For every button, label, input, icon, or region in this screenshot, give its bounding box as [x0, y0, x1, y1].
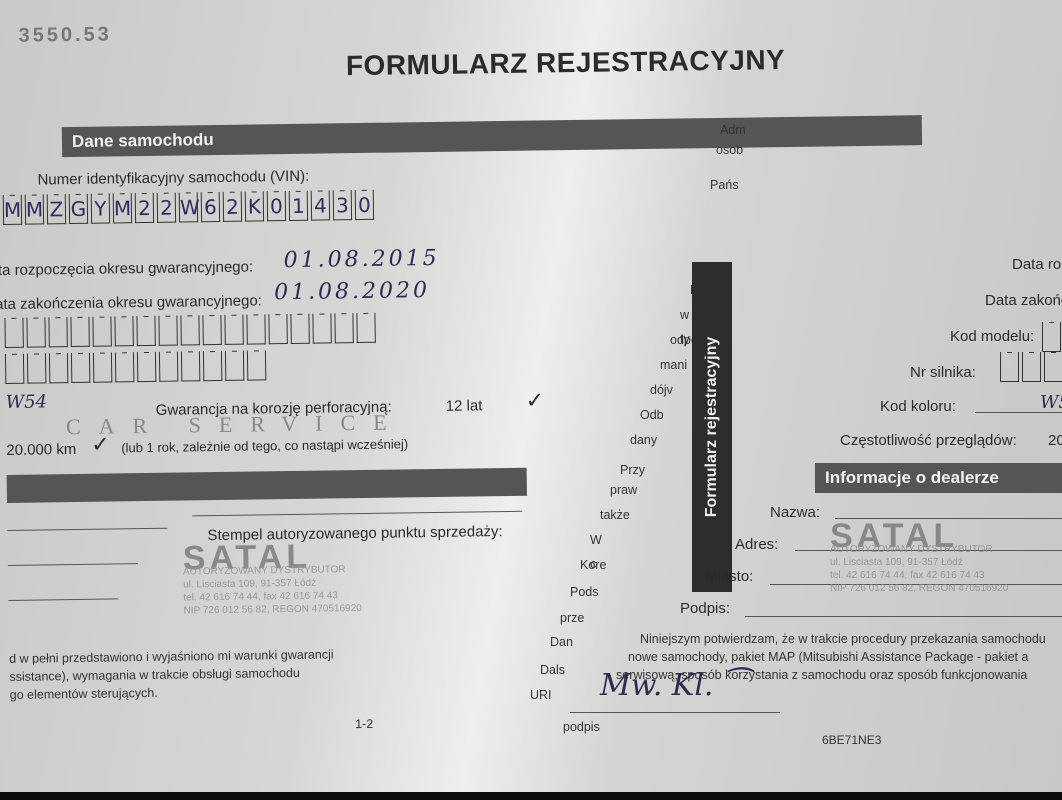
char-box	[225, 351, 244, 381]
char-box	[71, 353, 90, 383]
dealer-stamp-right: SATAL AUTORYZOWANY DYSTRYBUTOR ul. Lisci…	[830, 530, 1008, 595]
model-code-label: Kod modelu:	[950, 328, 1034, 345]
char-box: 2	[135, 193, 154, 223]
page-number: 3550.53	[18, 23, 112, 47]
char-box	[49, 353, 68, 383]
signature: Mw. Kl. ⁀	[600, 668, 747, 703]
char-box	[356, 313, 375, 343]
char-box: Y	[91, 193, 110, 223]
page-ref: 1-2	[355, 717, 373, 731]
char-box	[70, 317, 89, 347]
char-box	[137, 352, 156, 382]
end-date-label: Data zakończenia	[985, 292, 1062, 309]
car-section-heading: Dane samochodu	[62, 115, 922, 157]
left-bottom-text: ssistance), wymagania w trakcie obsługi …	[9, 666, 300, 684]
color-value: W54	[1040, 392, 1062, 413]
check-icon: ✓	[91, 432, 110, 458]
char-box: M	[113, 193, 132, 223]
char-box	[27, 353, 46, 383]
char-box: W	[179, 192, 198, 222]
dealer-city-label: Miasto:	[705, 568, 753, 585]
char-box	[246, 314, 265, 344]
empty-boxes	[4, 313, 375, 348]
document-photo: 3550.53 FORMULARZ REJESTRACYJNY Dane sam…	[0, 0, 1062, 792]
inspection-km: 20.000 km	[6, 441, 76, 459]
char-box	[136, 316, 155, 346]
char-box	[1042, 322, 1061, 352]
side-fragment: Pods	[570, 580, 599, 604]
empty-boxes	[5, 350, 266, 384]
dealer-signature-label: Podpis:	[680, 600, 730, 617]
side-fragment: Kore	[580, 553, 606, 577]
char-box: M	[25, 194, 44, 224]
vin-label: Numer identyfikacyjny samochodu (VIN):	[37, 168, 309, 189]
signature-label: podpis	[563, 720, 600, 734]
warranty-start-value: 01.08.2015	[283, 246, 439, 273]
model-code-boxes	[1042, 322, 1061, 352]
char-box: Z	[47, 194, 66, 224]
char-box	[181, 351, 200, 381]
char-box: 4	[311, 190, 330, 220]
side-fragment: dany	[630, 428, 657, 452]
side-fragment: Dan	[550, 630, 573, 654]
char-box	[93, 352, 112, 382]
char-box	[202, 315, 221, 345]
background-edge	[0, 792, 1062, 800]
char-box	[115, 352, 134, 382]
char-box: 3	[333, 190, 352, 220]
vertical-tab: Formularz rejestracyjny	[692, 262, 732, 592]
char-box	[312, 313, 331, 343]
section-divider	[7, 468, 527, 503]
side-fragment: URI	[530, 683, 552, 707]
char-box: 6	[201, 192, 220, 222]
char-box	[334, 313, 353, 343]
color-code-value: W54	[5, 391, 47, 413]
side-fragment: także	[600, 503, 630, 527]
char-box	[159, 352, 178, 382]
color-code-label: Kod koloru:	[880, 398, 956, 415]
char-box	[1000, 352, 1019, 382]
inspection-freq-label: Częstotliwość przeglądów:	[840, 432, 1017, 449]
warranty-start-label: Data rozpoczęcia okresu gwarancyjnego:	[0, 258, 253, 279]
corrosion-value: 12 lat	[446, 397, 483, 415]
char-box: 2	[157, 193, 176, 223]
char-box: K	[245, 191, 264, 221]
char-box: G	[69, 194, 88, 224]
char-box	[5, 354, 24, 384]
dealer-heading: Informacje o dealerze	[815, 463, 1062, 493]
char-box	[158, 316, 177, 346]
dealer-address-label: Adres:	[735, 536, 778, 553]
side-fragment: Dals	[540, 658, 565, 682]
dealer-stamp: SATAL AUTORYZOWANY DYSTRYBUTOR ul. Lisci…	[183, 550, 362, 617]
char-box: 0	[267, 191, 286, 221]
side-fragment: prze	[560, 606, 584, 630]
char-box	[224, 315, 243, 345]
char-box: M	[3, 195, 22, 225]
char-box	[92, 316, 111, 346]
left-bottom-text: go elementów sterujących.	[10, 686, 158, 702]
vin-boxes: MMZGYM22W62K01430	[3, 190, 374, 225]
dealer-name-label: Nazwa:	[770, 504, 820, 521]
side-fragment: praw	[610, 478, 637, 502]
char-box	[247, 350, 266, 380]
char-box	[4, 318, 23, 348]
char-box	[26, 317, 45, 347]
inspection-freq-value: 20.000 km	[1048, 432, 1062, 449]
warranty-end-value: 01.08.2020	[274, 278, 430, 305]
confirmation-text: Niniejszym potwierdzam, że w trakcie pro…	[640, 632, 1046, 646]
char-box	[268, 314, 287, 344]
engine-no-label: Nr silnika:	[910, 364, 976, 381]
side-fragment: Odb	[640, 403, 664, 427]
char-box: 1	[289, 191, 308, 221]
left-bottom-text: d w pełni przedstawiono i wyjaśniono mi …	[9, 647, 334, 666]
side-fragment: osob	[716, 138, 743, 162]
char-box: 2	[223, 192, 242, 222]
char-box	[290, 314, 309, 344]
serial-number: 6BE71NE3	[822, 733, 881, 747]
check-icon: ✓	[525, 387, 544, 413]
char-box: 0	[355, 190, 374, 220]
engine-boxes	[1000, 352, 1062, 382]
char-box	[114, 316, 133, 346]
char-box	[48, 317, 67, 347]
char-box	[1044, 352, 1062, 382]
warranty-end-label: Data zakończenia okresu gwarancyjnego:	[0, 292, 262, 313]
char-box	[203, 351, 222, 381]
confirmation-text: nowe samochody, pakiet MAP (Mitsubishi A…	[628, 650, 1028, 664]
start-date-label: Data rozpoczęcia	[1012, 256, 1062, 273]
side-fragment: mani	[660, 353, 687, 377]
form-title: FORMULARZ REJESTRACYJNY	[346, 44, 786, 82]
char-box	[1022, 352, 1041, 382]
corrosion-label: Gwarancja na korozję perforacyjną:	[156, 399, 392, 419]
side-fragment: dójv	[650, 378, 673, 402]
inspection-note: (lub 1 rok, zależnie od tego, co nastąpi…	[121, 436, 408, 455]
side-fragment: Pańs	[710, 173, 739, 197]
char-box	[180, 315, 199, 345]
